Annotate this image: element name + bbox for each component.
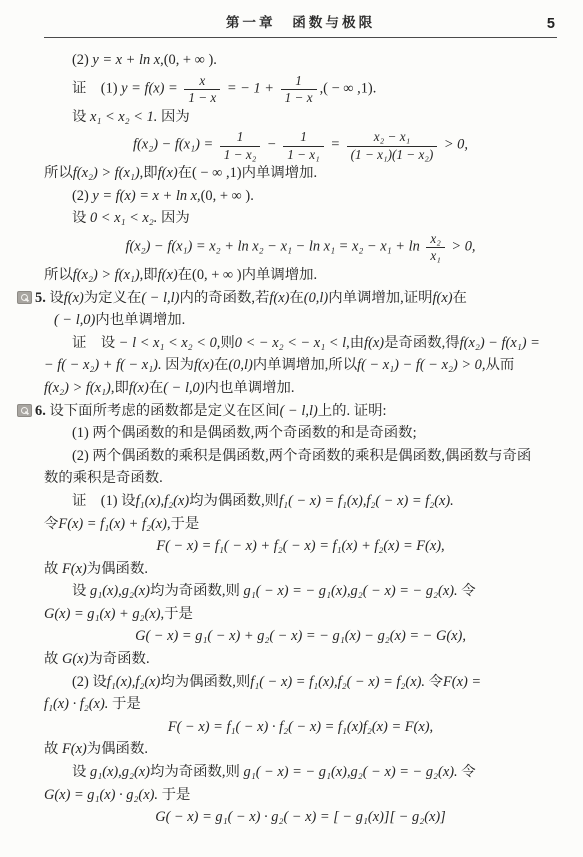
- formula-line: G( − x) = g₁( − x) · g₂( − x) = [ − g₁(x…: [44, 806, 557, 829]
- text-run: g₁(x),g₂(x): [90, 764, 150, 780]
- fraction-numerator: x₂ − x₁: [347, 130, 438, 147]
- text-run: 在: [453, 290, 467, 306]
- text-run: 在( − ∞ ,1)内单调增加.: [178, 165, 318, 181]
- text-run: 均为奇函数,则: [150, 583, 244, 599]
- text-run: f₁( − x) = f₁(x),f₂( − x) = f₂(x).: [250, 674, 425, 690]
- text-run: 于是: [108, 696, 140, 712]
- text-run: (2) 设: [72, 674, 107, 690]
- text-run: f₁(x) · f₂(x).: [44, 696, 108, 712]
- fraction: x₂x₁: [426, 232, 444, 264]
- text-run: 故: [44, 561, 62, 577]
- text-line: 设 g₁(x),g₂(x)均为奇函数,则 g₁( − x) = − g₁(x),…: [72, 580, 557, 603]
- text-run: (1) 两个偶函数的和是偶函数,两个奇函数的和是奇函数;: [72, 425, 417, 441]
- text-run: > 0,: [448, 238, 476, 254]
- text-run: 内也单调增加.: [205, 380, 295, 396]
- text-run: g₁( − x) = − g₁(x),g₂( − x) = − g₂(x).: [244, 583, 458, 599]
- text-run: ,即: [140, 267, 158, 283]
- text-run: f( − x₁) − f( − x₂) > 0: [357, 357, 482, 373]
- text-run: ,于是: [161, 606, 193, 622]
- text-run: ,(0, + ∞ ).: [160, 52, 217, 68]
- book-page: 第一章 函数与极限 5 (2) y = x + ln x,(0, + ∞ ).证…: [0, 0, 583, 857]
- text-run: 所以: [44, 165, 73, 181]
- page-header: 第一章 函数与极限 5: [44, 0, 557, 38]
- text-run: f(x₂) − f(x₁) = x₂ + ln x₂ − x₁ − ln x₁ …: [125, 238, 423, 254]
- text-run: 证 (1) 设: [72, 493, 136, 509]
- fraction-numerator: 1: [283, 130, 324, 147]
- text-run: 均为奇函数,则: [150, 764, 244, 780]
- text-run: 故: [44, 741, 62, 757]
- text-line: 证 (1) 设f₁(x),f₂(x)均为偶函数,则f₁( − x) = f₁(x…: [72, 490, 557, 513]
- text-run: 数的乘积是奇函数.: [44, 470, 163, 486]
- text-run: 在(0, + ∞ )内单调增加.: [178, 267, 318, 283]
- text-run: 0 < − x₂ < − x₁ < l: [235, 335, 346, 351]
- text-run: 5.: [35, 290, 46, 306]
- text-line: (1) 两个偶函数的和是偶函数,两个奇函数的和是奇函数;: [72, 422, 557, 445]
- text-run: f(x₂) − f(x₁) =: [133, 137, 217, 153]
- text-run: 内也单调增加.: [95, 312, 185, 328]
- text-line: G(x) = g₁(x) · g₂(x). 于是: [44, 784, 557, 807]
- fraction: 11 − x: [281, 74, 317, 106]
- text-run: ( − l,0): [54, 312, 95, 328]
- fraction: x₂ − x₁(1 − x₁)(1 − x₂): [347, 130, 438, 162]
- text-run: 均为偶函数,则: [160, 674, 250, 690]
- text-run: ,即: [111, 380, 129, 396]
- text-line: 6. 设下面所考虑的函数都是定义在区间( − l,l)上的. 证明:: [17, 400, 557, 423]
- text-run: −: [263, 137, 280, 153]
- text-run: − f( − x₂) + f( − x₁).: [44, 357, 162, 373]
- text-run: 因为: [157, 109, 189, 125]
- text-run: 于是: [158, 787, 190, 803]
- text-run: ( − l,l): [141, 290, 179, 306]
- text-run: f(x): [194, 357, 214, 373]
- text-run: F(x) = f₁(x) + f₂(x): [58, 516, 167, 532]
- text-run: y = f(x) = x + ln x: [92, 188, 197, 204]
- text-line: 设 0 < x₁ < x₂. 因为: [72, 207, 557, 230]
- text-run: − l < x₁ < x₂ < 0: [115, 335, 217, 351]
- text-run: 故: [44, 651, 62, 667]
- text-line: 所以f(x₂) > f(x₁),即f(x)在(0, + ∞ )内单调增加.: [44, 264, 557, 287]
- fraction-denominator: 1 − x₁: [283, 147, 324, 163]
- text-run: =: [327, 137, 344, 153]
- text-run: 均为偶函数,则: [189, 493, 279, 509]
- text-line: 设 x₁ < x₂ < 1. 因为: [72, 106, 557, 129]
- text-line: 所以f(x₂) > f(x₁),即f(x)在( − ∞ ,1)内单调增加.: [44, 162, 557, 185]
- text-run: (2): [72, 188, 92, 204]
- text-run: f₁(x),f₂(x): [136, 493, 190, 509]
- text-run: (0,l): [228, 357, 252, 373]
- fraction: 11 − x₂: [220, 130, 261, 162]
- text-run: f(x): [364, 335, 384, 351]
- text-run: G(x) = g₁(x) · g₂(x).: [44, 787, 158, 803]
- fraction: 11 − x₁: [283, 130, 324, 162]
- text-run: g₁( − x) = − g₁(x),g₂( − x) = − g₂(x).: [244, 764, 458, 780]
- page-body: (2) y = x + ln x,(0, + ∞ ).证 (1) y = f(x…: [44, 38, 557, 829]
- text-run: f₁( − x) = f₁(x),f₂( − x) = f₂(x).: [279, 493, 454, 509]
- text-run: 证 设: [72, 335, 115, 351]
- text-line: (2) y = x + ln x,(0, + ∞ ).: [72, 49, 557, 72]
- formula-line: f(x₂) − f(x₁) = x₂ + ln x₂ − x₁ − ln x₁ …: [44, 230, 557, 264]
- text-run: ,于是: [167, 516, 199, 532]
- fraction-denominator: 1 − x: [184, 90, 220, 106]
- text-line: (2) 两个偶函数的乘积是偶函数,两个奇函数的乘积是偶函数,偶函数与奇函: [72, 445, 557, 468]
- text-run: F( − x) = f₁( − x) + f₂( − x) = f₁(x) + …: [156, 538, 444, 554]
- fraction-denominator: 1 − x₂: [220, 147, 261, 163]
- text-run: ,(0, + ∞ ).: [197, 188, 254, 204]
- text-run: 0 < x₁ < x₂.: [90, 210, 157, 226]
- text-run: f(x): [269, 290, 289, 306]
- text-run: f₁(x),f₂(x): [107, 674, 161, 690]
- text-run: 上的. 证明:: [318, 403, 387, 419]
- text-run: G(x): [62, 651, 88, 667]
- text-run: ,即: [140, 165, 158, 181]
- text-run: 令: [458, 583, 476, 599]
- text-run: 令: [458, 764, 476, 780]
- formula-line: F( − x) = f₁( − x) · f₂( − x) = f₁(x)f₂(…: [44, 716, 557, 739]
- text-run: G( − x) = g₁( − x) + g₂( − x) = − g₁(x) …: [135, 628, 466, 644]
- text-run: ,从而: [482, 357, 514, 373]
- text-run: 设: [46, 290, 64, 306]
- text-run: 在: [289, 290, 303, 306]
- text-run: G(x) = g₁(x) + g₂(x): [44, 606, 161, 622]
- text-run: 内单调增加,所以: [253, 357, 357, 373]
- text-run: 令: [44, 516, 58, 532]
- text-line: 令F(x) = f₁(x) + f₂(x),于是: [44, 513, 557, 536]
- text-run: > 0,: [440, 137, 468, 153]
- formula-line: G( − x) = g₁( − x) + g₂( − x) = − g₁(x) …: [44, 625, 557, 648]
- text-run: f(x₂) > f(x₁): [73, 267, 140, 283]
- text-run: f(x): [64, 290, 84, 306]
- text-run: f(x): [433, 290, 453, 306]
- text-run: 在: [149, 380, 163, 396]
- text-run: 设: [72, 109, 90, 125]
- text-run: 设: [72, 583, 90, 599]
- text-run: y = x + ln x: [92, 52, 160, 68]
- text-line: 故 F(x)为偶函数.: [44, 558, 557, 581]
- text-run: f(x₂) > f(x₁): [73, 165, 140, 181]
- fraction-denominator: (1 − x₁)(1 − x₂): [347, 147, 438, 163]
- text-run: ,( − ∞ ,1).: [320, 80, 377, 96]
- text-line: G(x) = g₁(x) + g₂(x),于是: [44, 603, 557, 626]
- text-run: 在: [214, 357, 228, 373]
- text-run: 为定义在: [84, 290, 142, 306]
- fraction-numerator: x: [184, 74, 220, 91]
- text-run: 内单调增加,证明: [328, 290, 432, 306]
- text-run: x₁ < x₂ < 1.: [90, 109, 157, 125]
- text-run: F(x) =: [443, 674, 481, 690]
- text-line: 故 G(x)为奇函数.: [44, 648, 557, 671]
- text-run: G( − x) = g₁( − x) · g₂( − x) = [ − g₁(x…: [155, 809, 446, 825]
- text-run: f(x): [129, 380, 149, 396]
- text-line: (2) y = f(x) = x + ln x,(0, + ∞ ).: [72, 185, 557, 208]
- text-run: 令: [425, 674, 443, 690]
- text-run: g₁(x),g₂(x): [90, 583, 150, 599]
- text-run: 内的奇函数,若: [179, 290, 269, 306]
- text-line: − f( − x₂) + f( − x₁). 因为f(x)在(0,l)内单调增加…: [44, 354, 557, 377]
- text-run: 为偶函数.: [87, 561, 148, 577]
- text-run: 是奇函数,得: [384, 335, 460, 351]
- text-run: ,由: [346, 335, 364, 351]
- text-run: 设下面所考虑的函数都是定义在区间: [46, 403, 280, 419]
- text-line: 数的乘积是奇函数.: [44, 467, 557, 490]
- formula-line: f(x₂) − f(x₁) = 11 − x₂ − 11 − x₁ = x₂ −…: [44, 128, 557, 162]
- text-run: F(x): [62, 561, 87, 577]
- text-line: f(x₂) > f(x₁),即f(x)在( − l,0)内也单调增加.: [44, 377, 557, 400]
- text-run: 因为: [157, 210, 189, 226]
- text-line: ( − l,0)内也单调增加.: [54, 309, 557, 332]
- chapter-title: 第一章 函数与极限: [226, 11, 375, 31]
- text-run: 所以: [44, 267, 73, 283]
- fraction: x1 − x: [184, 74, 220, 106]
- text-run: F( − x) = f₁( − x) · f₂( − x) = f₁(x)f₂(…: [168, 719, 433, 735]
- text-line: (2) 设f₁(x),f₂(x)均为偶函数,则f₁( − x) = f₁(x),…: [72, 671, 557, 694]
- text-run: f(x): [158, 165, 178, 181]
- fraction-numerator: x₂: [426, 232, 444, 249]
- search-badge-icon: [17, 291, 32, 304]
- text-run: f(x₂) − f(x₁) =: [460, 335, 540, 351]
- text-run: (2): [72, 52, 92, 68]
- text-run: = − 1 +: [223, 80, 277, 96]
- text-run: 为奇函数.: [88, 651, 149, 667]
- text-run: 为偶函数.: [87, 741, 148, 757]
- formula-line: F( − x) = f₁( − x) + f₂( − x) = f₁(x) + …: [44, 535, 557, 558]
- text-run: f(x₂) > f(x₁): [44, 380, 111, 396]
- search-badge-icon: [17, 404, 32, 417]
- fraction-denominator: 1 − x: [281, 90, 317, 106]
- text-run: 证 (1): [72, 80, 121, 96]
- text-run: (2) 两个偶函数的乘积是偶函数,两个奇函数的乘积是偶函数,偶函数与奇函: [72, 448, 531, 464]
- fraction-denominator: x₁: [426, 248, 444, 264]
- text-run: 设: [72, 764, 90, 780]
- text-run: ( − l,0): [163, 380, 204, 396]
- text-line: 证 (1) y = f(x) = x1 − x = − 1 + 11 − x,(…: [72, 72, 557, 106]
- fraction-numerator: 1: [281, 74, 317, 91]
- text-run: f(x): [158, 267, 178, 283]
- text-run: (0,l): [304, 290, 328, 306]
- fraction-numerator: 1: [220, 130, 261, 147]
- text-run: y = f(x) =: [121, 80, 181, 96]
- text-line: 证 设 − l < x₁ < x₂ < 0,则0 < − x₂ < − x₁ <…: [72, 332, 557, 355]
- page-number: 5: [547, 16, 555, 32]
- text-line: f₁(x) · f₂(x). 于是: [44, 693, 557, 716]
- text-run: 因为: [162, 357, 194, 373]
- text-run: 6.: [35, 403, 46, 419]
- text-line: 故 F(x)为偶函数.: [44, 738, 557, 761]
- text-line: 设 g₁(x),g₂(x)均为奇函数,则 g₁( − x) = − g₁(x),…: [72, 761, 557, 784]
- text-run: F(x): [62, 741, 87, 757]
- text-run: 设: [72, 210, 90, 226]
- text-line: 5. 设f(x)为定义在( − l,l)内的奇函数,若f(x)在(0,l)内单调…: [17, 287, 557, 310]
- text-run: ( − l,l): [280, 403, 318, 419]
- text-run: ,则: [217, 335, 235, 351]
